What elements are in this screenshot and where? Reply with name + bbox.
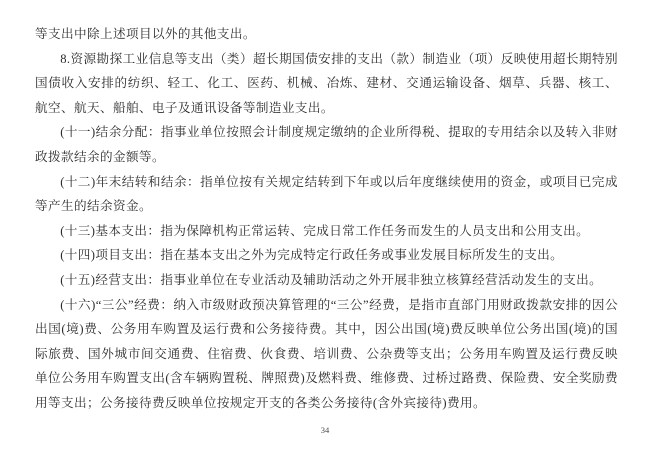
document-body: 等支出中除上述项目以外的其他支出。 8.资源勘探工业信息等支出（类）超长期国债安…: [35, 22, 618, 416]
paragraph-item-13-basic-expenditure: (十三)基本支出：指为保障机构正常运转、完成日常工作任务而发生的人员支出和公用支…: [35, 219, 618, 244]
paragraph-item-16-three-public-funds: (十六)“三公”经费：纳入市级财政预决算管理的“三公”经费，是指市直部门用财政拨…: [35, 293, 618, 416]
paragraph-item-15-operating-expenditure: (十五)经营支出：指事业单位在专业活动及辅助活动之外开展非独立核算经营活动发生的…: [35, 268, 618, 293]
paragraph-item-8-resource-exploration: 8.资源勘探工业信息等支出（类）超长期国债安排的支出（款）制造业（项）反映使用超…: [35, 47, 618, 121]
page-number: 34: [0, 425, 650, 435]
document-page: 等支出中除上述项目以外的其他支出。 8.资源勘探工业信息等支出（类）超长期国债安…: [0, 0, 650, 459]
paragraph-item-14-project-expenditure: (十四)项目支出：指在基本支出之外为完成特定行政任务或事业发展目标所发生的支出。: [35, 243, 618, 268]
paragraph-item-11-surplus-distribution: (十一)结余分配：指事业单位按照会计制度规定缴纳的企业所得税、提取的专用结余以及…: [35, 120, 618, 169]
paragraph-other-expenditure: 等支出中除上述项目以外的其他支出。: [35, 22, 618, 47]
paragraph-item-12-year-end-carryover: (十二)年末结转和结余：指单位按有关规定结转到下年或以后年度继续使用的资金，或项…: [35, 170, 618, 219]
